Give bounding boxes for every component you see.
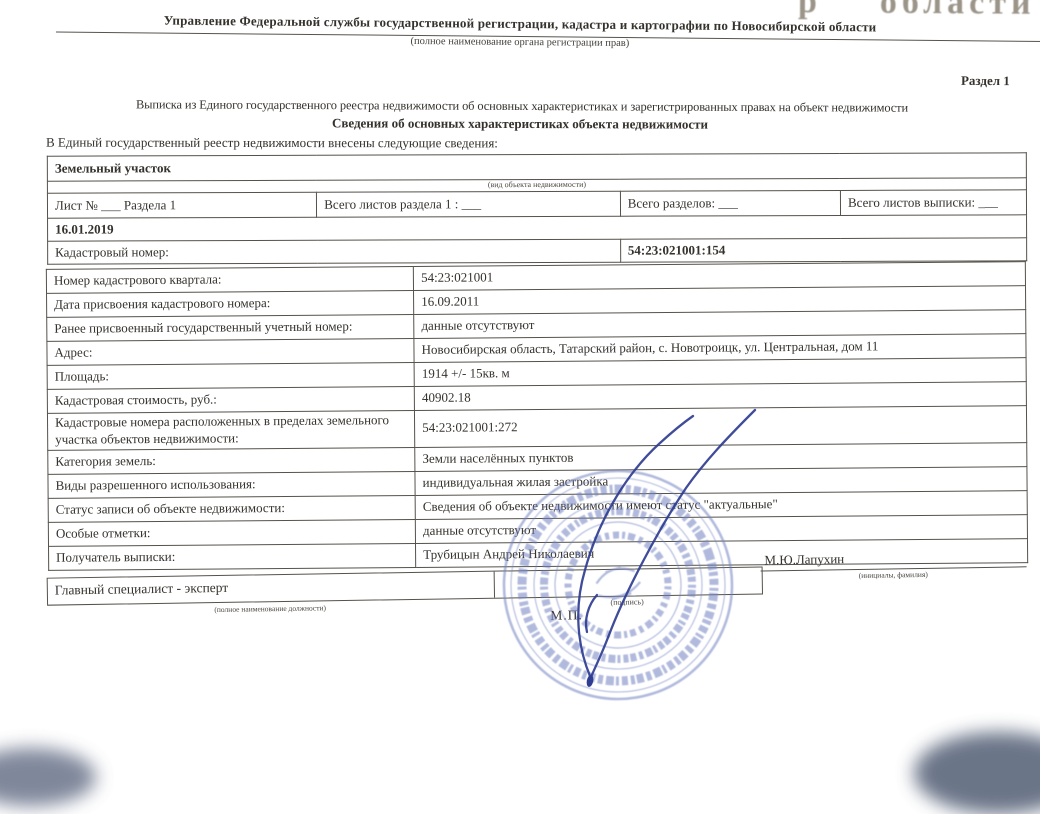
document-title: Выписка из Единого государственного реес… xyxy=(20,97,1024,116)
position-title: Главный специалист - эксперт xyxy=(55,580,229,599)
position-box-divider xyxy=(494,572,495,598)
document-subtitle: Сведения об основных характеристиках объ… xyxy=(20,114,1020,133)
desk-corner-right xyxy=(914,732,1040,780)
row-label: Дата присвоения кадастрового номера: xyxy=(47,290,414,317)
date-row: 16.01.2019 xyxy=(48,215,1027,241)
row-label: Номер кадастрового квартала: xyxy=(46,266,413,293)
object-type-row: Земельный участок xyxy=(47,153,1026,181)
row-label: Кадастровая стоимость, руб.: xyxy=(47,386,414,413)
row-label: Статус записи об объекте недвижимости: xyxy=(48,495,415,522)
desk-corner-left xyxy=(0,748,96,780)
total-sheets-cell: Всего листов выписки: ___ xyxy=(840,190,1026,216)
pen-signature-icon xyxy=(540,395,930,755)
scanned-document-page: р области Управление Федеральной службы … xyxy=(0,0,1040,780)
row-label: Адрес: xyxy=(47,338,414,365)
row-label: Площадь: xyxy=(47,362,414,389)
row-label: Особые отметки: xyxy=(48,519,415,546)
sheet-number-cell: Лист № ___ Раздела 1 xyxy=(47,192,316,218)
cadastral-number-label: Кадастровый номер: xyxy=(48,239,621,264)
object-summary-table: Земельный участок (вид объекта недвижимо… xyxy=(47,152,1027,264)
object-type: Земельный участок xyxy=(47,153,1026,181)
section-sheets-cell: Всего листов раздела 1 : ___ xyxy=(317,191,621,217)
row-label: Кадастровые номера расположенных в преде… xyxy=(47,410,414,450)
extract-date: 16.01.2019 xyxy=(48,215,1027,241)
row-label: Категория земель: xyxy=(48,447,415,474)
total-sections-cell: Всего разделов: ___ xyxy=(620,190,840,216)
sheets-row: Лист № ___ Раздела 1 Всего листов раздел… xyxy=(47,190,1026,218)
row-label: Виды разрешенного использования: xyxy=(48,471,415,498)
section-label: Раздел 1 xyxy=(961,73,1010,89)
intro-line: В Единый государственный реестр недвижим… xyxy=(46,135,498,152)
cadastral-number-row: Кадастровый номер: 54:23:021001:154 xyxy=(48,238,1027,264)
row-label: Ранее присвоенный государственный учетны… xyxy=(47,314,414,341)
cadastral-number-value: 54:23:021001:154 xyxy=(620,238,1026,262)
